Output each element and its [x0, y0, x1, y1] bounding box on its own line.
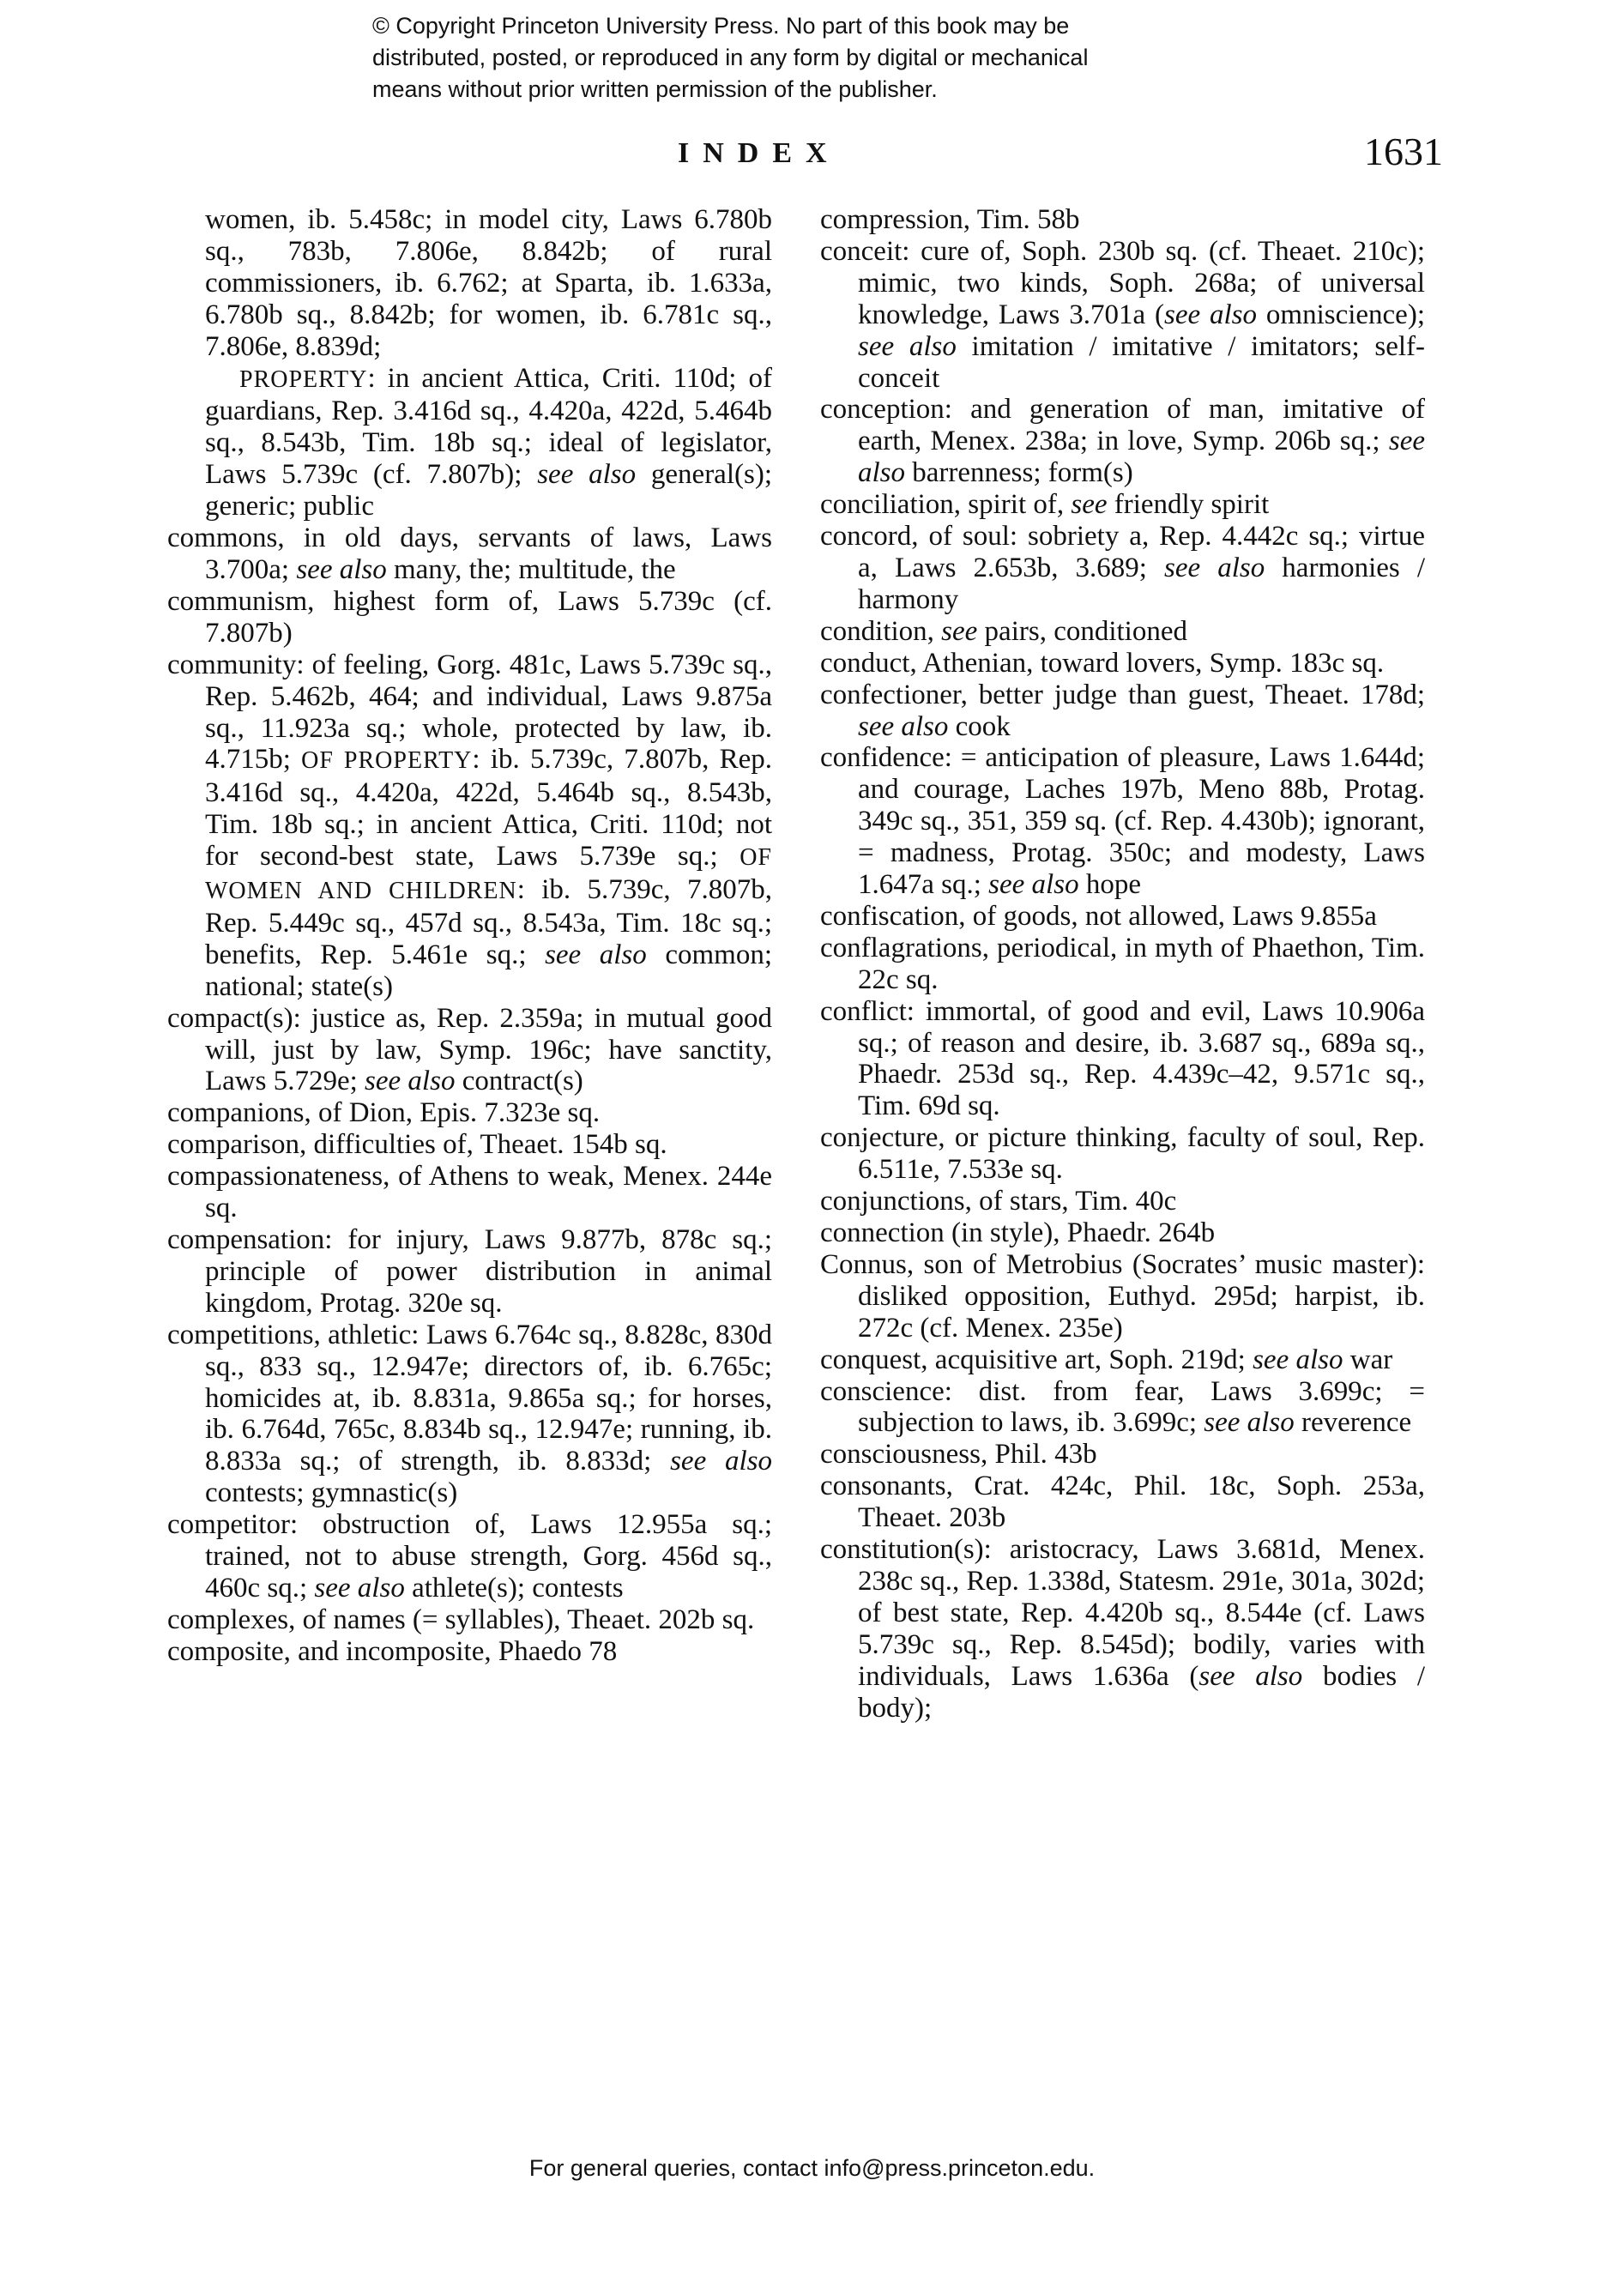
index-entry: community: of feeling, Gorg. 481c, Laws … — [167, 649, 772, 1003]
subentry-property: PROPERTY: in ancient Attica, Criti. 110d… — [167, 363, 772, 523]
index-entry: compact(s): justice as, Rep. 2.359a; in … — [167, 1003, 772, 1098]
index-entry: connection (in style), Phaedr. 264b — [820, 1217, 1425, 1249]
index-entry: constitution(s): aristocracy, Laws 3.681… — [820, 1534, 1425, 1724]
index-column-left: women, ib. 5.458c; in model city, Laws 6… — [167, 204, 772, 1668]
entry-continuation: women, ib. 5.458c; in model city, Laws 6… — [167, 204, 772, 363]
index-entry: compensation: for injury, Laws 9.877b, 8… — [167, 1224, 772, 1320]
copyright-line: means without prior written permission o… — [372, 74, 1230, 106]
index-entry: conscience: dist. from fear, Laws 3.699c… — [820, 1376, 1425, 1440]
index-entry: compression, Tim. 58b — [820, 204, 1425, 236]
right-entries: compression, Tim. 58bconceit: cure of, S… — [820, 204, 1425, 1724]
index-entry: conflict: immortal, of good and evil, La… — [820, 996, 1425, 1123]
footer-contact: For general queries, contact info@press.… — [0, 2155, 1624, 2182]
index-entry: competitions, athletic: Laws 6.764c sq.,… — [167, 1320, 772, 1509]
index-entry: conjunctions, of stars, Tim. 40c — [820, 1186, 1425, 1217]
index-entry: complexes, of names (= syllables), Theae… — [167, 1604, 772, 1636]
index-entry: Connus, son of Metrobius (Socrates’ musi… — [820, 1249, 1425, 1344]
index-entry: confidence: = anticipation of pleasure, … — [820, 742, 1425, 901]
index-entry: concord, of soul: sobriety a, Rep. 4.442… — [820, 521, 1425, 616]
index-entry: companions, of Dion, Epis. 7.323e sq. — [167, 1097, 772, 1129]
left-entries: commons, in old days, servants of laws, … — [167, 522, 772, 1668]
subentry-label: PROPERTY — [239, 366, 367, 393]
index-entry: consciousness, Phil. 43b — [820, 1439, 1425, 1471]
index-entry: conquest, acquisitive art, Soph. 219d; s… — [820, 1344, 1425, 1376]
index-entry: conceit: cure of, Soph. 230b sq. (cf. Th… — [820, 236, 1425, 395]
index-entry: conflagrations, periodical, in myth of P… — [820, 933, 1425, 996]
page-number: 1631 — [1364, 129, 1443, 174]
copyright-notice: © Copyright Princeton University Press. … — [372, 10, 1230, 106]
index-entry: confiscation, of goods, not allowed, Law… — [820, 901, 1425, 933]
copyright-line: distributed, posted, or reproduced in an… — [372, 42, 1230, 74]
index-column-right: compression, Tim. 58bconceit: cure of, S… — [820, 204, 1425, 1724]
index-entry: conciliation, spirit of, see friendly sp… — [820, 489, 1425, 521]
index-entry: conception: and generation of man, imita… — [820, 394, 1425, 489]
index-entry: conduct, Athenian, toward lovers, Symp. … — [820, 648, 1425, 679]
index-entry: condition, see pairs, conditioned — [820, 616, 1425, 648]
index-entry: commons, in old days, servants of laws, … — [167, 522, 772, 586]
index-entry: competitor: obstruction of, Laws 12.955a… — [167, 1509, 772, 1604]
index-entry: compassionateness, of Athens to weak, Me… — [167, 1161, 772, 1224]
copyright-line: © Copyright Princeton University Press. … — [372, 10, 1230, 42]
index-entry: consonants, Crat. 424c, Phil. 18c, Soph.… — [820, 1471, 1425, 1534]
page-title: INDEX — [678, 137, 841, 170]
running-head: INDEX 1631 — [0, 129, 1624, 180]
index-entry: composite, and incomposite, Phaedo 78 — [167, 1636, 772, 1668]
index-entry: communism, highest form of, Laws 5.739c … — [167, 586, 772, 649]
index-entry: comparison, difficulties of, Theaet. 154… — [167, 1129, 772, 1161]
index-entry: confectioner, better judge than guest, T… — [820, 679, 1425, 743]
index-entry: conjecture, or picture thinking, faculty… — [820, 1122, 1425, 1186]
